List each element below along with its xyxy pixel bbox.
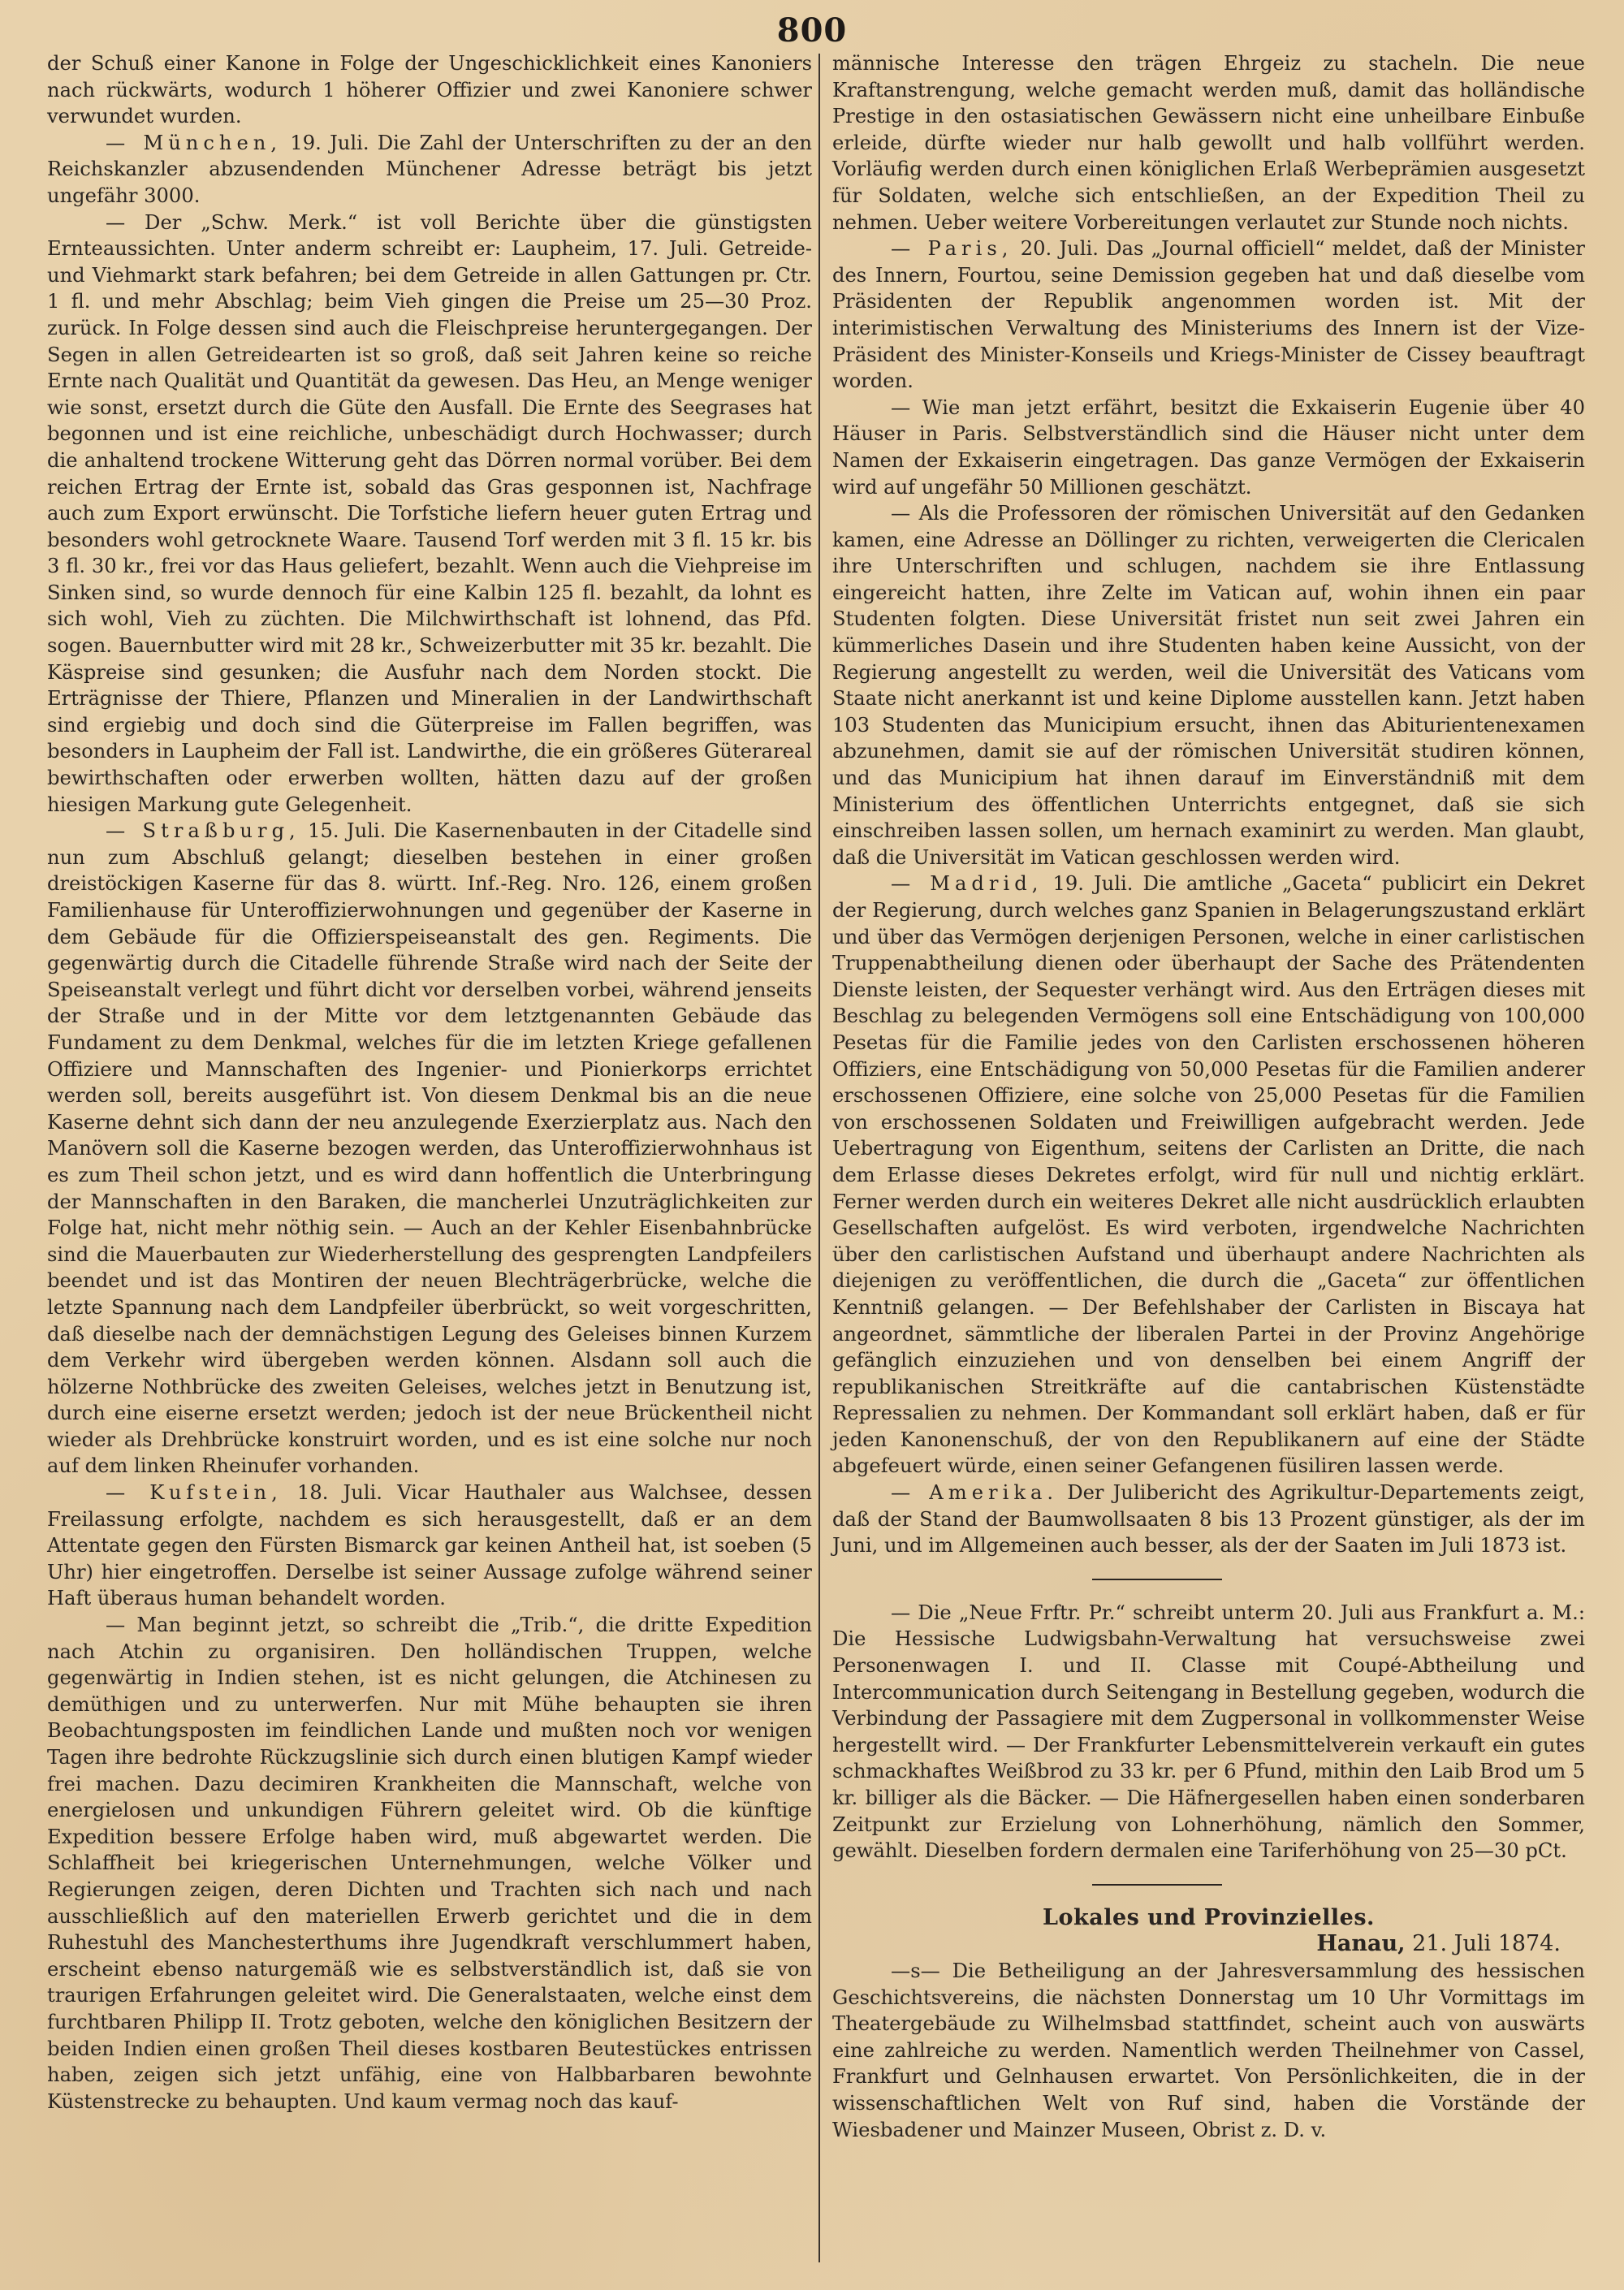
dateline-date: 21. Juli 1874. [1412,1931,1561,1956]
article-text: der Schuß einer Kanone in Folge der Unge… [47,52,812,127]
article-lead: —s— [891,1959,940,1982]
article-text: männische Interesse den trägen Ehrgeiz z… [832,52,1585,234]
dateline: Hanau, 21. Juli 1874. [832,1931,1585,1958]
article-roman-university: — Als die Professoren der römischen Univ… [832,500,1585,871]
article-lead: — Straßburg, [106,819,300,842]
article-text: — Als die Professoren der römischen Univ… [832,502,1585,869]
article-text: — Die „Neue Frftr. Pr.“ schreibt unterm … [832,1601,1585,1862]
article-text: — Wie man jetzt erfährt, besitzt die Exk… [832,396,1585,499]
article-lead: — Amerika. [891,1481,1058,1504]
article-munich: — München, 19. Juli. Die Zahl der Unters… [47,130,812,210]
article-text: — Man beginnt jetzt, so schreibt die „Tr… [47,1614,812,2113]
section-heading: Lokales und Provinzielles. [832,1905,1585,1932]
article-schw-merk: — Der „Schw. Merk.“ ist voll Berichte üb… [47,210,812,819]
article-text: — Der „Schw. Merk.“ ist voll Berichte üb… [47,211,812,816]
article-lead: — München, [106,132,282,154]
article-lead: — Kufstein, [106,1481,283,1504]
article-geschichtsverein: —s— Die Betheiligung an der Jahresversam… [832,1958,1585,2143]
article-strassburg: — Straßburg, 15. Juli. Die Kasernenbaute… [47,818,812,1480]
article-paragraph: männische Interesse den trägen Ehrgeiz z… [832,50,1585,235]
article-text: 20. Juli. Das „Journal officiell“ meldet… [832,237,1585,392]
right-column: männische Interesse den trägen Ehrgeiz z… [832,50,1585,2143]
page-number: 800 [771,11,853,50]
article-madrid: — Madrid, 19. Juli. Die amtliche „Gaceta… [832,871,1585,1480]
article-kufstein: — Kufstein, 18. Juli. Vicar Hauthaler au… [47,1480,812,1612]
article-eugenie: — Wie man jetzt erfährt, besitzt die Exk… [832,395,1585,500]
article-text: 19. Juli. Die amtliche „Gaceta“ publicir… [832,872,1585,1477]
article-lead: — Paris, [891,237,1013,260]
article-text: Die Betheiligung an der Jahresversammlun… [832,1959,1585,2141]
article-atchin-expedition: — Man beginnt jetzt, so schreibt die „Tr… [47,1612,812,2115]
dateline-place: Hanau, [1316,1931,1405,1956]
article-paris: — Paris, 20. Juli. Das „Journal officiel… [832,235,1585,395]
article-paragraph: der Schuß einer Kanone in Folge der Unge… [47,50,812,130]
section-divider-rule [1092,1579,1222,1580]
article-lead: — Madrid, [891,872,1043,895]
column-divider [818,54,820,2262]
article-amerika: — Amerika. Der Julibericht des Agrikultu… [832,1480,1585,1559]
article-frankfurt: — Die „Neue Frftr. Pr.“ schreibt unterm … [832,1600,1585,1864]
left-column: der Schuß einer Kanone in Folge der Unge… [47,50,812,2115]
article-text: 15. Juli. Die Kasernenbauten in der Cita… [47,819,812,1477]
section-divider-rule [1092,1884,1222,1886]
